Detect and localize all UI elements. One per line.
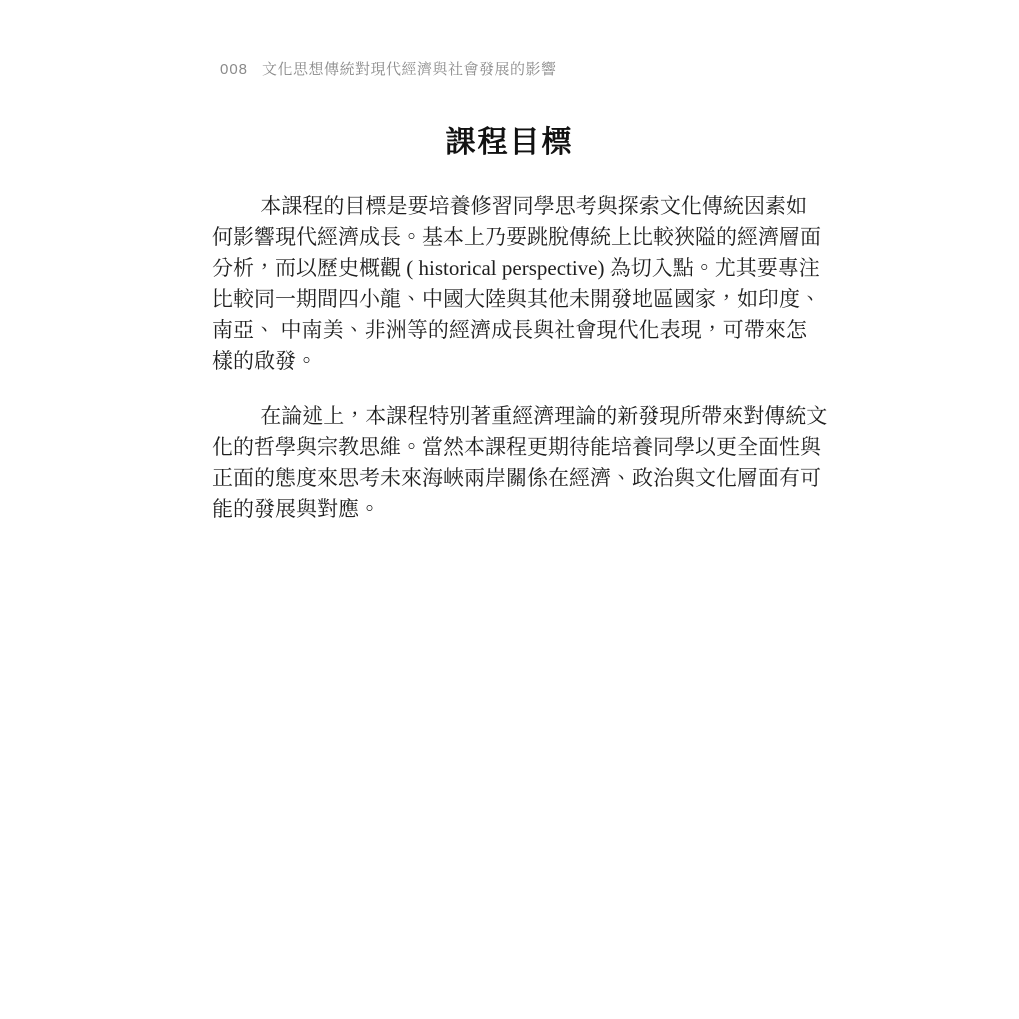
body-line: 分析，而以歷史概觀 ( historical perspective) 為切入點… (212, 253, 807, 284)
body-line: 化的哲學與宗教思維。當然本課程更期待能培養同學以更全面性與 (212, 432, 807, 463)
running-header-chapter-title: 文化思想傳統對現代經濟與社會發展的影響 (262, 61, 557, 78)
body-line: 本課程的目標是要培養修習同學思考與探索文化傳統因素如 (212, 191, 807, 222)
body-line: 樣的啟發。 (212, 346, 807, 377)
section-title: 課程目標 (0, 126, 1019, 160)
body-line: 能的發展與對應。 (212, 494, 807, 525)
body-line: 南亞、 中南美、非洲等的經濟成長與社會現代化表現，可帶來怎 (212, 315, 807, 346)
paragraph: 在論述上，本課程特別著重經濟理論的新發現所帶來對傳統文 化的哲學與宗教思維。當然… (212, 401, 807, 525)
body-line: 比較同一期間四小龍、中國大陸與其他未開發地區國家，如印度、 (212, 284, 807, 315)
body-line: 何影響現代經濟成長。基本上乃要跳脫傳統上比較狹隘的經濟層面 (212, 222, 807, 253)
running-header: 008文化思想傳統對現代經濟與社會發展的影響 (220, 61, 557, 79)
page-number: 008 (220, 61, 248, 78)
body-text: 本課程的目標是要培養修習同學思考與探索文化傳統因素如 何影響現代經濟成長。基本上… (212, 191, 807, 525)
body-line: 正面的態度來思考未來海峽兩岸關係在經濟、政治與文化層面有可 (212, 463, 807, 494)
paragraph: 本課程的目標是要培養修習同學思考與探索文化傳統因素如 何影響現代經濟成長。基本上… (212, 191, 807, 377)
book-page: 008文化思想傳統對現代經濟與社會發展的影響 課程目標 本課程的目標是要培養修習… (0, 0, 1019, 1019)
body-line: 在論述上，本課程特別著重經濟理論的新發現所帶來對傳統文 (212, 401, 807, 432)
